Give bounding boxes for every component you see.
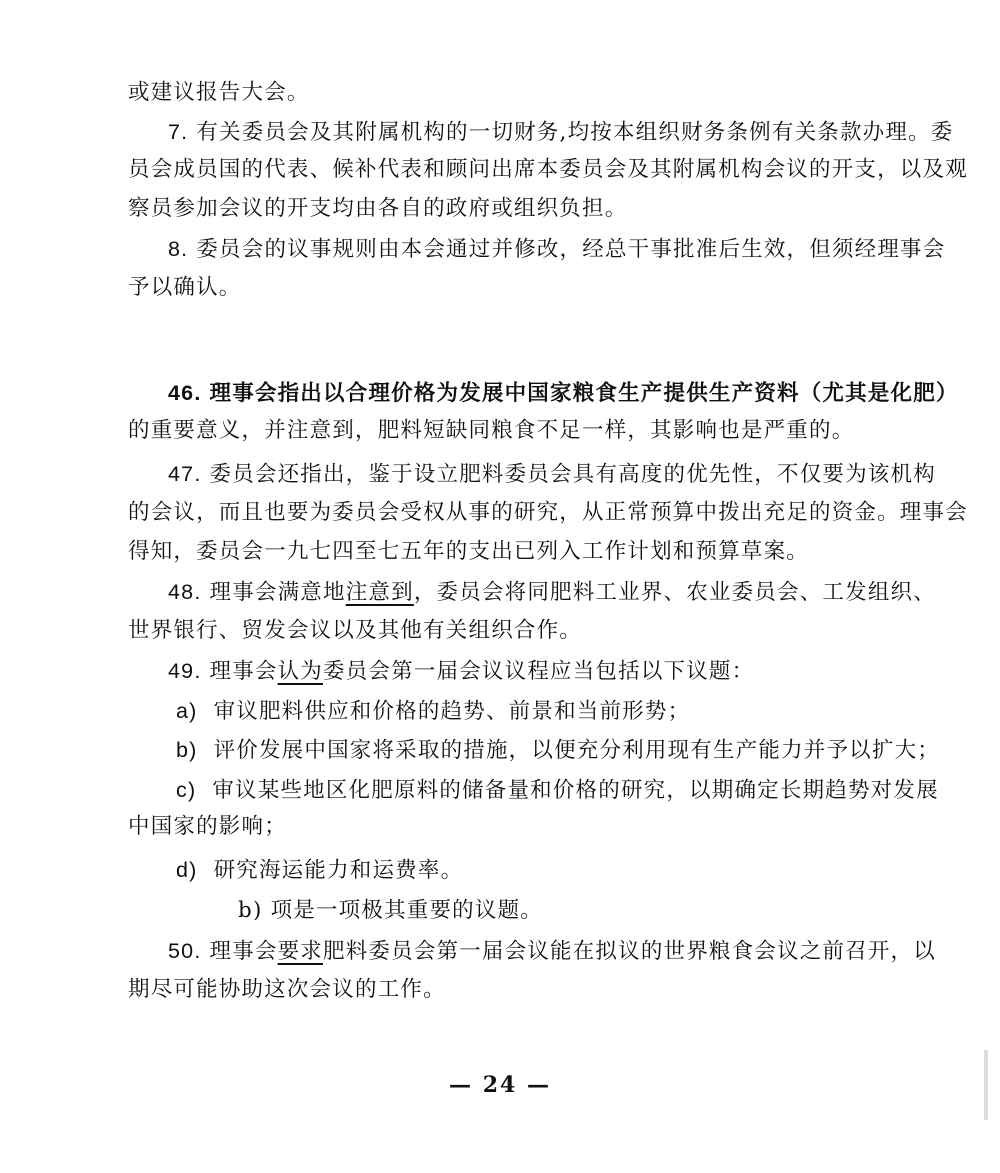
agenda-item-b: b) 评价发展中国家将采取的措施，以便充分利用现有生产能力并予以扩大； bbox=[176, 735, 1000, 766]
para7-line2: 员会成员国的代表、候补代表和顾问出席本委员会及其附属机构会议的开支，以及观 bbox=[128, 155, 958, 185]
agenda-item-c-text: 审议某些地区化肥原料的储备量和价格的研究，以期确定长期趋势对发展 bbox=[212, 778, 938, 803]
agenda-item-a: a) 审议肥料供应和价格的趋势、前景和当前形势； bbox=[176, 696, 1000, 727]
agenda-item-c-continuation: 中国家的影响； bbox=[128, 812, 958, 842]
agenda-item-b-label: b) bbox=[176, 738, 198, 762]
para49-text-pre: 理事会 bbox=[210, 659, 278, 684]
para8-number: 8. bbox=[168, 237, 188, 261]
para7-text-1: 有关委员会及其附属机构的一切财务,均按本组织财务条例有关条款办理。委 bbox=[196, 120, 953, 145]
para50-text-post: 肥料委员会第一届会议能在拟议的世界粮食会议之前召开，以 bbox=[323, 939, 936, 964]
para47-number: 47. bbox=[168, 462, 202, 486]
para47-line1: 47.委员会还指出，鉴于设立肥料委员会具有高度的优先性，不仅要为该机构 bbox=[168, 459, 998, 490]
page-number: — 24 — bbox=[0, 1072, 1000, 1098]
para8-line2: 予以确认。 bbox=[128, 273, 958, 303]
para47-line3: 得知，委员会一九七四至七五年的支出已列入工作计划和预算草案。 bbox=[128, 537, 958, 567]
para48-underlined: 注意到 bbox=[346, 580, 414, 605]
para50-line2: 期尽可能协助这次会议的工作。 bbox=[128, 975, 958, 1005]
agenda-item-d-label: d) bbox=[176, 858, 198, 882]
para50-underlined: 要求 bbox=[278, 939, 323, 964]
agenda-item-b-text: 评价发展中国家将采取的措施，以便充分利用现有生产能力并予以扩大； bbox=[214, 738, 940, 763]
para46-text-1: 理事会指出以合理价格为发展中国家粮食生产提供生产资料（尤其是化肥） bbox=[210, 381, 959, 406]
agenda-item-a-text: 审议肥料供应和价格的趋势、前景和当前形势； bbox=[214, 699, 691, 724]
para46-line1: 46.理事会指出以合理价格为发展中国家粮食生产提供生产资料（尤其是化肥） bbox=[168, 378, 998, 409]
para49-number: 49. bbox=[168, 659, 202, 683]
para47-line2: 的会议，而且也要为委员会受权从事的研究，从正常预算中拨出充足的资金。理事会 bbox=[128, 498, 958, 528]
agenda-item-c-label: c) bbox=[176, 778, 196, 802]
agenda-item-a-label: a) bbox=[176, 699, 198, 723]
para46-line2: 的重要意义，并注意到，肥料短缺同粮食不足一样，其影响也是严重的。 bbox=[128, 416, 958, 446]
para8-text-1: 委员会的议事规则由本会通过并修改，经总干事批准后生效，但须经理事会 bbox=[196, 237, 945, 262]
para48-line1: 48.理事会满意地注意到，委员会将同肥料工业界、农业委员会、工发组织、 bbox=[168, 577, 998, 608]
para49-note: b) 项是一项极其重要的议题。 bbox=[238, 896, 1000, 926]
para50-text-pre: 理事会 bbox=[210, 939, 278, 964]
para7-line3: 察员参加会议的开支均由各自的政府或组织负担。 bbox=[128, 194, 958, 224]
agenda-item-d: d) 研究海运能力和运费率。 bbox=[176, 855, 1000, 886]
para49-text-post: 委员会第一届会议议程应当包括以下议题： bbox=[323, 659, 754, 684]
agenda-item-c: c) 审议某些地区化肥原料的储备量和价格的研究，以期确定长期趋势对发展 bbox=[176, 775, 1000, 806]
para7-line1: 7.有关委员会及其附属机构的一切财务,均按本组织财务条例有关条款办理。委 bbox=[168, 117, 998, 148]
document-page: 或建议报告大会。 7.有关委员会及其附属机构的一切财务,均按本组织财务条例有关条… bbox=[0, 0, 1000, 1173]
para49-underlined: 认为 bbox=[278, 659, 323, 684]
para50-line1: 50.理事会要求肥料委员会第一届会议能在拟议的世界粮食会议之前召开，以 bbox=[168, 936, 998, 967]
para50-number: 50. bbox=[168, 939, 202, 963]
agenda-item-d-text: 研究海运能力和运费率。 bbox=[214, 858, 464, 883]
para48-text-post: ，委员会将同肥料工业界、农业委员会、工发组织、 bbox=[414, 580, 936, 605]
para7-number: 7. bbox=[168, 120, 188, 144]
scan-edge-mark bbox=[984, 1050, 988, 1120]
para48-number: 48. bbox=[168, 580, 202, 604]
para49-line1: 49.理事会认为委员会第一届会议议程应当包括以下议题： bbox=[168, 656, 998, 687]
para47-text-1: 委员会还指出，鉴于设立肥料委员会具有高度的优先性，不仅要为该机构 bbox=[210, 462, 936, 487]
para46-number: 46. bbox=[168, 381, 202, 405]
para8-line1: 8.委员会的议事规则由本会通过并修改，经总干事批准后生效，但须经理事会 bbox=[168, 234, 998, 265]
para48-text-pre: 理事会满意地 bbox=[210, 580, 346, 605]
para48-line2: 世界银行、贸发会议以及其他有关组织合作。 bbox=[128, 616, 958, 646]
intro-line: 或建议报告大会。 bbox=[128, 78, 958, 108]
